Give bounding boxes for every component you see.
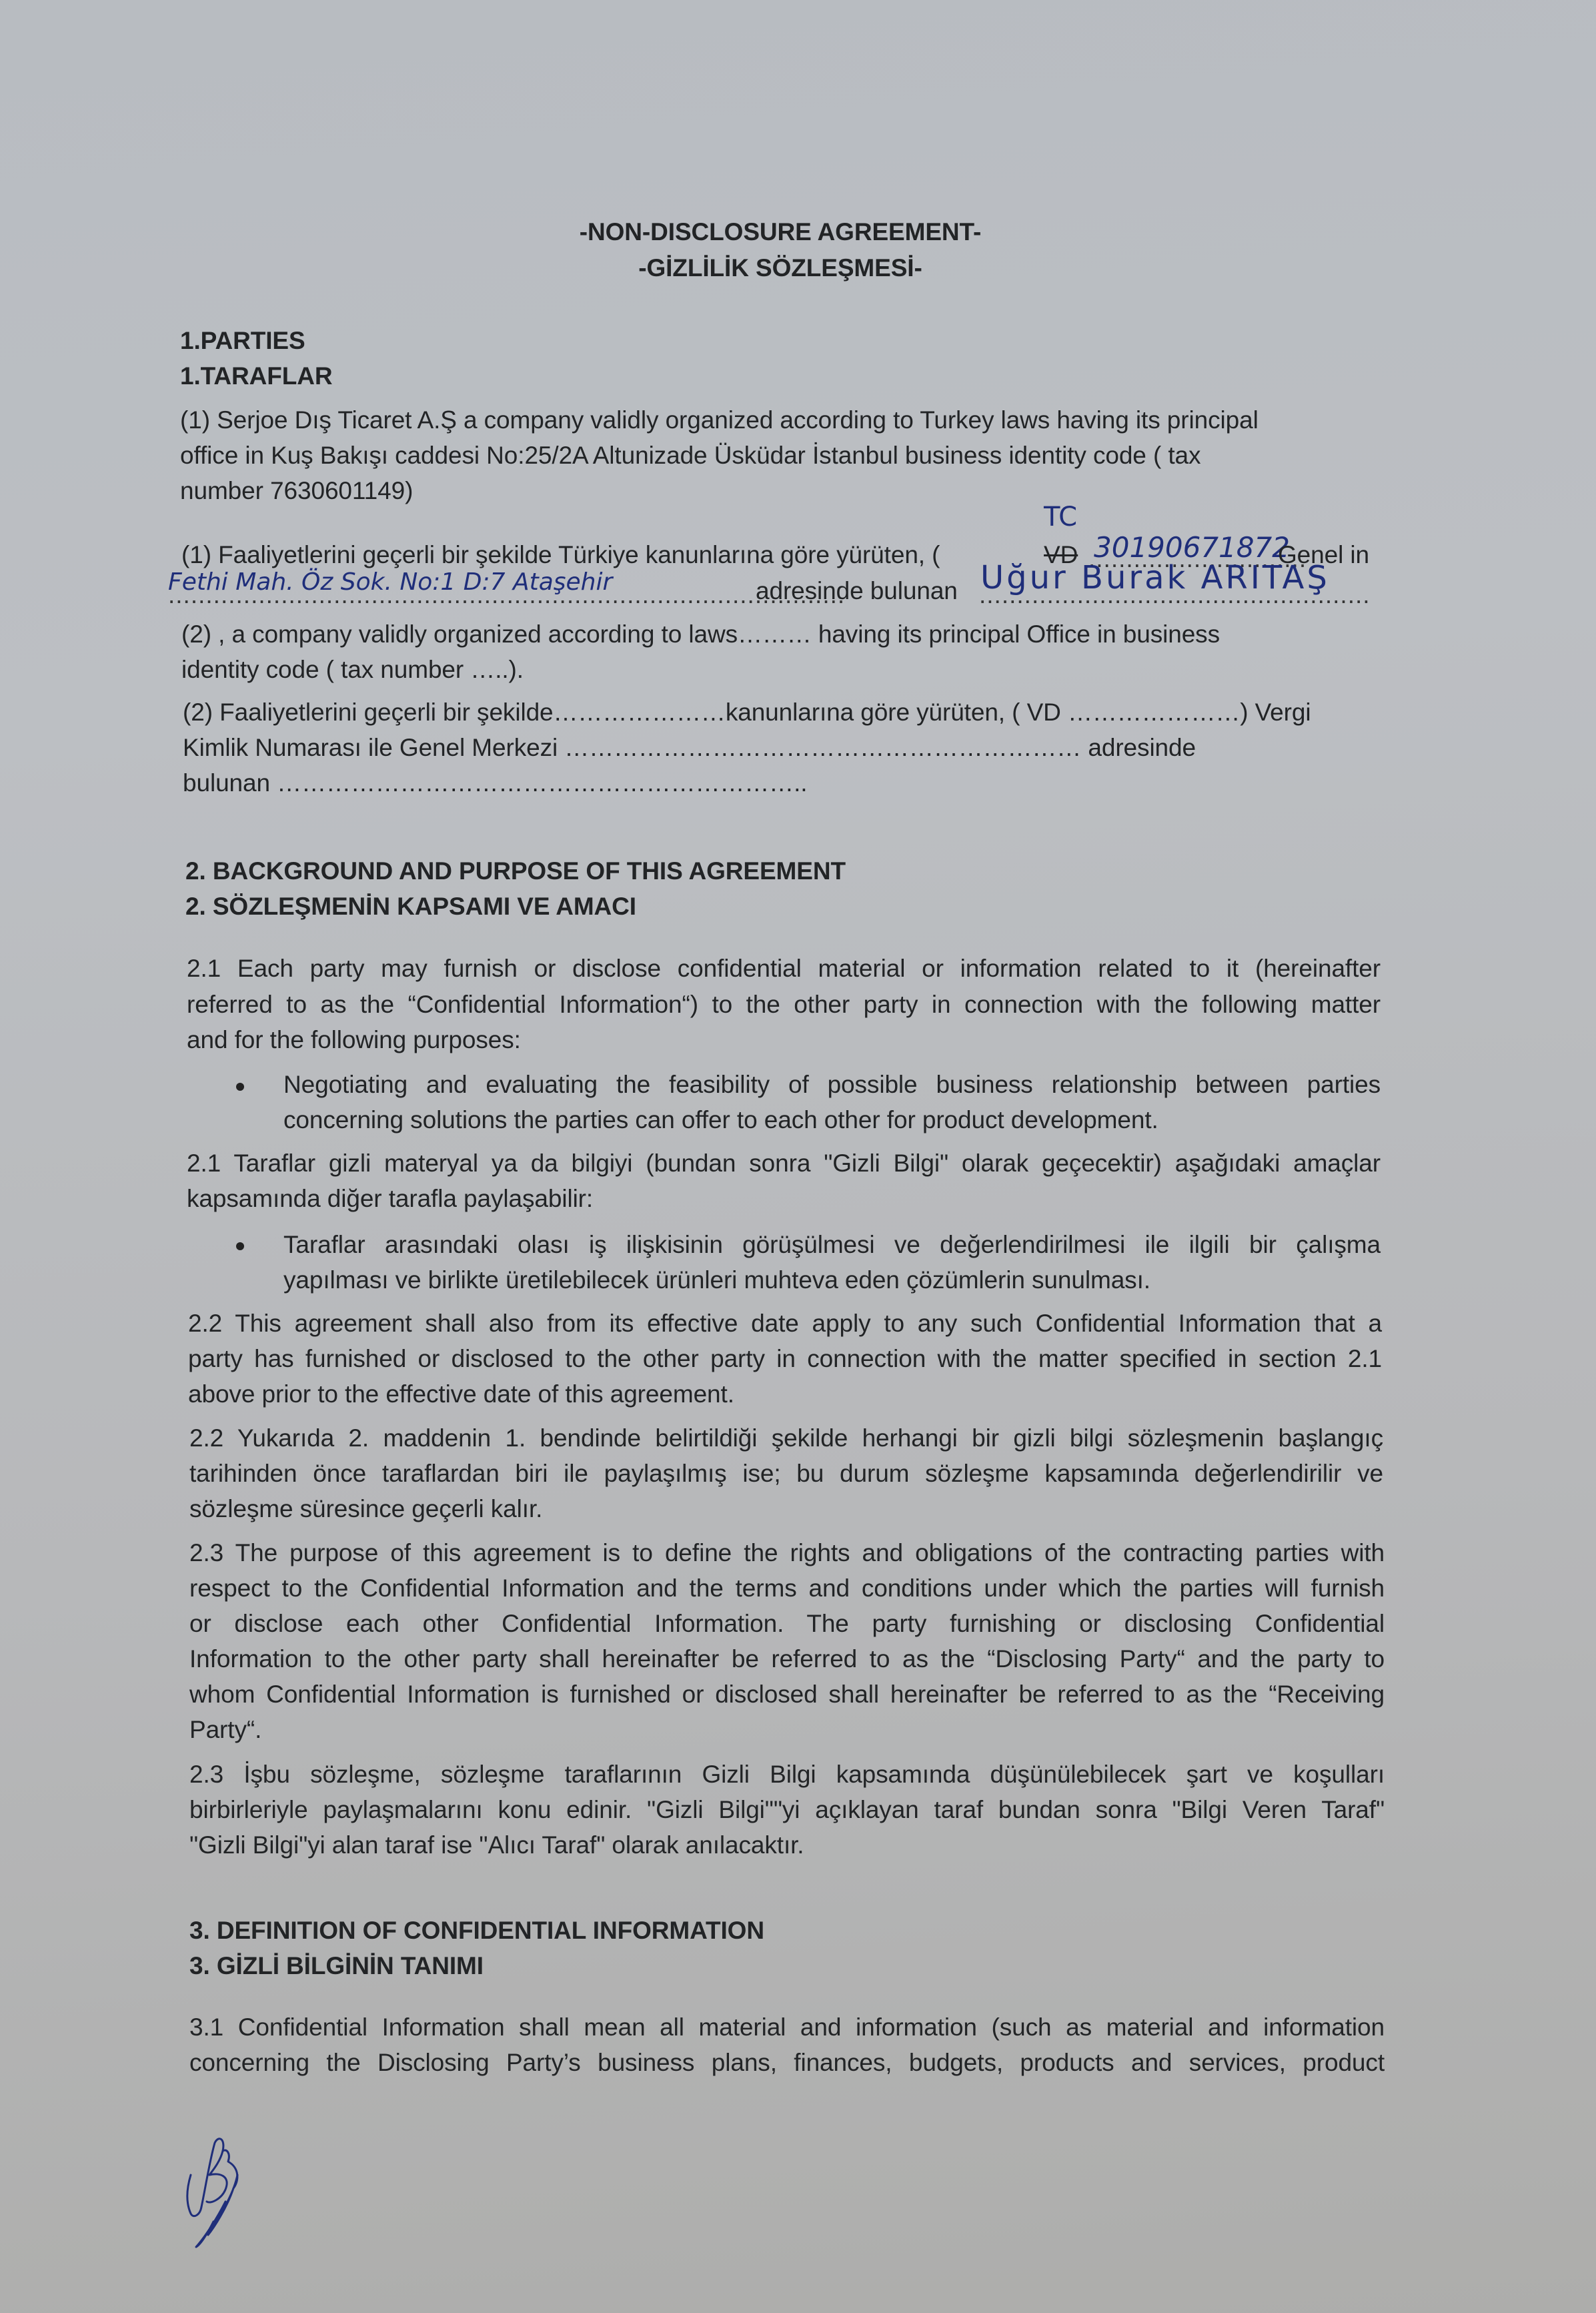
bullet-tr-line2: yapılması ve birlikte üretilebilecek ürü…: [283, 1263, 1150, 1298]
party2-en-line2: identity code ( tax number …..).: [181, 652, 524, 687]
p22-en-line3: above prior to the effective date of thi…: [188, 1377, 734, 1412]
p22-tr-line3: sözleşme süresince geçerli kalır.: [189, 1492, 542, 1526]
p23-en-line1: 2.3 The purpose of this agreement is to …: [189, 1536, 1385, 1570]
p22-en-line1: 2.2 This agreement shall also from its e…: [188, 1306, 1382, 1341]
party2-tr-line2: Kimlik Numarası ile Genel Merkezi …………………: [183, 731, 1196, 765]
section3-heading-tr: 3. GİZLİ BİLGİNİN TANIMI: [189, 1949, 484, 1983]
section2-heading-en: 2. BACKGROUND AND PURPOSE OF THIS AGREEM…: [185, 854, 846, 889]
party1-en-line2: office in Kuş Bakışı caddesi No:25/2A Al…: [180, 438, 1201, 473]
handwritten-address: Fethi Mah. Öz Sok. No:1 D:7 Ataşehir: [168, 568, 612, 596]
p23-en-line3: or disclose each other Confidential Info…: [189, 1606, 1385, 1641]
bullet-en-line2: concerning solutions the parties can off…: [283, 1103, 1158, 1137]
p23-tr-line2: birbirleriyle paylaşmalarını konu edinir…: [189, 1793, 1385, 1827]
handwritten-tc-label: TC: [1044, 502, 1077, 532]
p21-en-line2: referred to as the “Confidential Informa…: [187, 987, 1381, 1022]
section1-heading-en: 1.PARTIES: [180, 324, 305, 358]
p23-tr-line3: "Gizli Bilgi"yi alan taraf ise "Alıcı Ta…: [189, 1828, 804, 1863]
p23-en-line6: Party“.: [189, 1713, 261, 1747]
p23-en-line2: respect to the Confidential Information …: [189, 1571, 1385, 1606]
title-turkish: -GİZLİLİK SÖZLEŞMESİ-: [0, 251, 1561, 286]
p21-tr-line2: kapsamında diğer tarafla paylaşabilir:: [187, 1182, 593, 1216]
p21-en-line1: 2.1 Each party may furnish or disclose c…: [187, 951, 1381, 986]
bullet-tr-line1: Taraflar arasındaki olası iş ilişkisinin…: [283, 1228, 1381, 1262]
bullet-en-line1: Negotiating and evaluating the feasibili…: [283, 1067, 1381, 1102]
p23-tr-line1: 2.3 İşbu sözleşme, sözleşme taraflarının…: [189, 1757, 1385, 1792]
party1-en-line3: number 7630601149): [180, 474, 413, 508]
p21-tr-line1: 2.1 Taraflar gizli materyal ya da bilgiy…: [187, 1146, 1381, 1181]
party2-en-line1: (2) , a company validly organized accord…: [181, 617, 1220, 652]
bullet-dot: [236, 1242, 244, 1250]
title-english: -NON-DISCLOSURE AGREEMENT-: [0, 215, 1561, 250]
p23-en-line5: whom Confidential Information is furnish…: [189, 1677, 1385, 1712]
section3-heading-en: 3. DEFINITION OF CONFIDENTIAL INFORMATIO…: [189, 1913, 764, 1948]
section1-heading-tr: 1.TARAFLAR: [180, 359, 333, 394]
p31-en-line2: concerning the Disclosing Party’s busine…: [189, 2045, 1385, 2080]
bullet-dot: [236, 1083, 244, 1091]
p22-tr-line1: 2.2 Yukarıda 2. maddenin 1. bendinde bel…: [189, 1421, 1383, 1456]
section2-heading-tr: 2. SÖZLEŞMENİN KAPSAMI VE AMACI: [185, 889, 636, 924]
p21-en-line3: and for the following purposes:: [187, 1023, 521, 1057]
party1-tr-line1-prefix: (1) Faaliyetlerini geçerli bir şekilde T…: [181, 538, 940, 572]
p22-tr-line2: tarihinden önce taraflardan biri ile pay…: [189, 1456, 1383, 1491]
handwritten-name: Uğur Burak ARITAŞ: [980, 559, 1330, 596]
party1-en-line1: (1) Serjoe Dış Ticaret A.Ş a company val…: [180, 403, 1259, 438]
signature-initials-icon: [167, 2135, 313, 2248]
document-page: -NON-DISCLOSURE AGREEMENT- -GİZLİLİK SÖZ…: [0, 0, 1596, 2313]
p31-en-line1: 3.1 Confidential Information shall mean …: [189, 2010, 1385, 2045]
party2-tr-line1: (2) Faaliyetlerini geçerli bir şekilde………: [183, 695, 1311, 730]
p23-en-line4: Information to the other party shall her…: [189, 1642, 1385, 1677]
p22-en-line2: party has furnished or disclosed to the …: [188, 1342, 1382, 1376]
party2-tr-line3: bulunan ………………………………………………………..: [183, 766, 807, 801]
party1-tr-line2-mid: adresinde bulunan: [756, 574, 958, 608]
